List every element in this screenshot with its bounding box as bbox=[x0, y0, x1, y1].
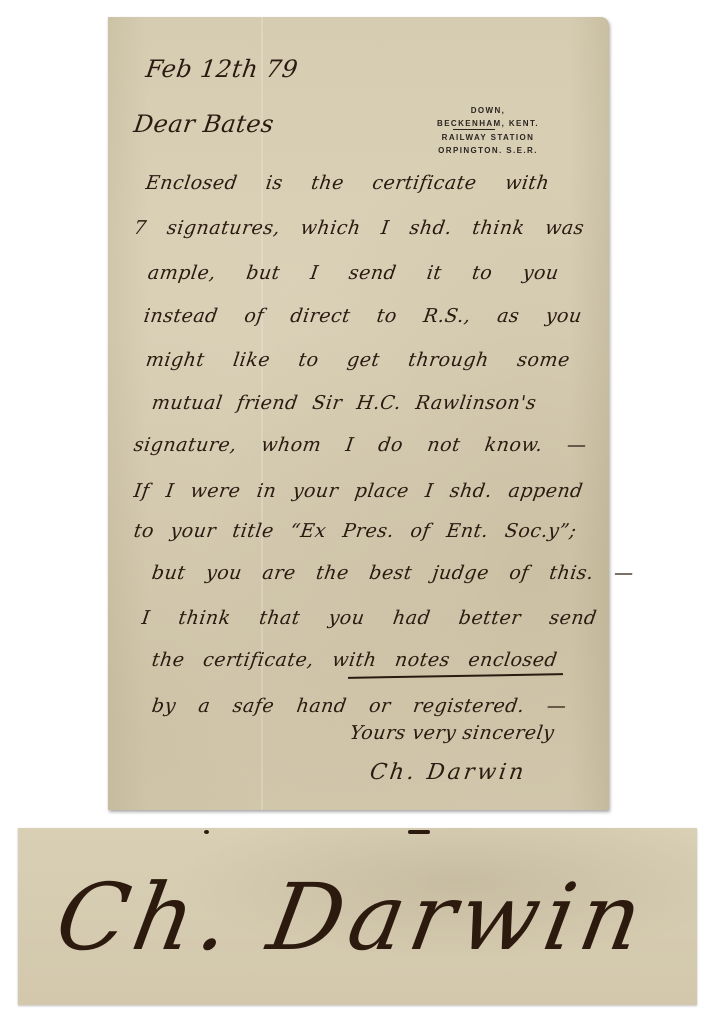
body-line-2: 7 signatures, which I shd. think was bbox=[132, 217, 585, 239]
signature-detail-panel: Ch. Darwin bbox=[18, 828, 697, 1005]
salutation: Dear Bates bbox=[132, 110, 276, 138]
letterhead-line-3: RAILWAY STATION bbox=[426, 131, 550, 144]
body-line-4: instead of direct to R.S., as you bbox=[142, 305, 583, 327]
ink-mark bbox=[204, 830, 209, 834]
body-line-1: Enclosed is the certificate with bbox=[144, 172, 550, 194]
body-line-3: ample, but I send it to you bbox=[146, 262, 560, 284]
letter-date: Feb 12th 79 bbox=[144, 55, 300, 83]
letter-page: DOWN, BECKENHAM, KENT. RAILWAY STATION O… bbox=[108, 17, 609, 810]
body-line-10: but you are the best judge of this. — bbox=[150, 562, 635, 584]
ink-mark bbox=[408, 830, 430, 834]
body-line-7: signature, whom I do not know. — bbox=[132, 434, 588, 456]
letterhead-line-4: ORPINGTON. S.E.R. bbox=[426, 144, 550, 157]
letterhead-line-1: DOWN, bbox=[426, 104, 550, 117]
enlarged-signature: Ch. Darwin bbox=[49, 864, 656, 971]
closing: Yours very sincerely bbox=[348, 722, 555, 744]
underline-mark bbox=[348, 673, 563, 679]
body-line-12-text: the certificate, with notes enclosed bbox=[150, 649, 558, 671]
letterhead-rule bbox=[453, 129, 495, 130]
letter-signature: Ch. Darwin bbox=[368, 760, 528, 785]
body-line-9: to your title “Ex Pres. of Ent. Soc.y”; bbox=[132, 520, 578, 542]
body-line-8: If I were in your place I shd. append bbox=[132, 480, 584, 502]
body-line-5: might like to get through some bbox=[144, 349, 571, 371]
letterhead: DOWN, BECKENHAM, KENT. RAILWAY STATION O… bbox=[426, 104, 550, 157]
body-line-13: by a safe hand or registered. — bbox=[150, 695, 568, 717]
body-line-11: I think that you had better send bbox=[140, 607, 598, 629]
body-line-6: mutual friend Sir H.C. Rawlinson's bbox=[150, 392, 537, 414]
body-line-12: the certificate, with notes enclosed bbox=[150, 649, 558, 671]
